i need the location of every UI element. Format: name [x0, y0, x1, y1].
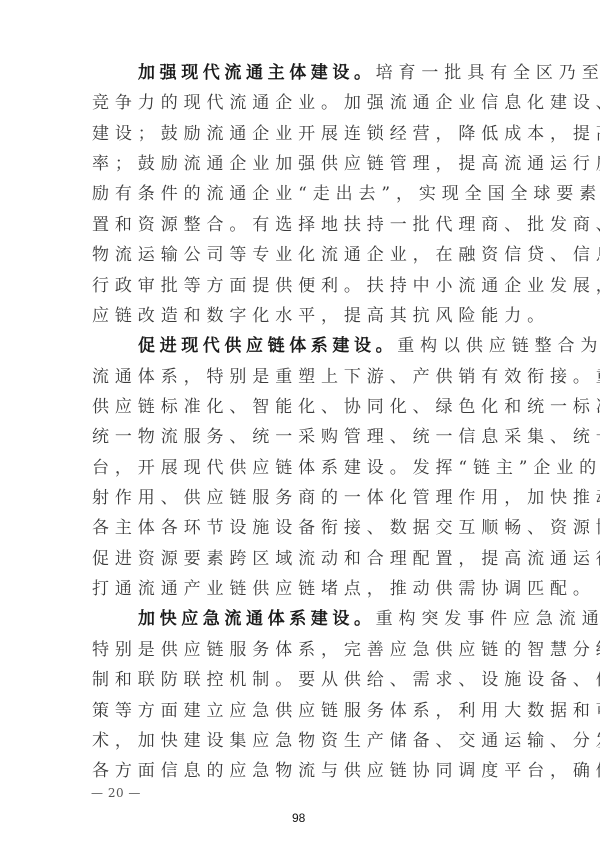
- text-line: 率；鼓励流通企业加强供应链管理，提高流通运行质量；鼓: [92, 149, 516, 179]
- text-line: 各方面信息的应急物流与供应链协同调度平台，确保应急资: [92, 756, 516, 786]
- body-text: 加强现代流通主体建设。培育一批具有全区乃至全国性 竞争力的现代流通企业。加强流通…: [92, 58, 516, 787]
- text-line: 建设；鼓励流通企业开展连锁经营，降低成本，提高流通效: [92, 119, 516, 149]
- text-line: 励有条件的流通企业“走出去”，实现全国全球要素优化配: [92, 179, 516, 209]
- text-line: 打通流通产业链供应链堵点，推动供需协调匹配。: [92, 574, 516, 604]
- scan-page-number: 98: [292, 811, 305, 825]
- text-line: 术，加快建设集应急物资生产储备、交通运输、分发配送等: [92, 726, 516, 756]
- paragraph-3-text: 重构突发事件应急流通体系，: [376, 609, 600, 629]
- text-line: 制和联防联控机制。要从供给、需求、设施设备、信息、政: [92, 665, 516, 695]
- paragraph-1-text: 培育一批具有全区乃至全国性: [376, 63, 600, 83]
- paragraph-2-heading: 促进现代供应链体系建设。: [138, 336, 397, 356]
- paragraph-2-line-1: 促进现代供应链体系建设。重构以供应链整合为核心的: [92, 331, 516, 361]
- paragraph-2-text: 重构以供应链整合为核心的: [397, 336, 600, 356]
- paragraph-3-heading: 加快应急流通体系建设。: [138, 609, 376, 629]
- footer-page-number: — 20 —: [91, 786, 141, 800]
- text-line: 策等方面建立应急供应链服务体系，利用大数据和可视化技: [92, 696, 516, 726]
- document-page: 加强现代流通主体建设。培育一批具有全区乃至全国性 竞争力的现代流通企业。加强流通…: [0, 0, 600, 848]
- text-line: 统一物流服务、统一采购管理、统一信息采集、统一系统平: [92, 422, 516, 452]
- text-line: 置和资源整合。有选择地扶持一批代理商、批发商、零售商、: [92, 210, 516, 240]
- text-line: 射作用、供应链服务商的一体化管理作用，加快推动供应链: [92, 483, 516, 513]
- text-line: 供应链标准化、智能化、协同化、绿色化和统一标准体系、: [92, 392, 516, 422]
- text-line: 物流运输公司等专业化流通企业，在融资信贷、信息披露、: [92, 240, 516, 270]
- text-line: 各主体各环节设施设备衔接、数据交互顺畅、资源协同共享，: [92, 513, 516, 543]
- paragraph-3-line-1: 加快应急流通体系建设。重构突发事件应急流通体系，: [92, 604, 516, 634]
- text-line: 流通体系，特别是重塑上下游、产供销有效衔接。重点围绕: [92, 362, 516, 392]
- paragraph-1-heading: 加强现代流通主体建设。: [138, 63, 376, 83]
- text-line: 应链改造和数字化水平，提高其抗风险能力。: [92, 301, 516, 331]
- text-line: 行政审批等方面提供便利。扶持中小流通企业发展，推进供: [92, 271, 516, 301]
- text-line: 促进资源要素跨区域流动和合理配置，提高流通运行效率，: [92, 544, 516, 574]
- text-line: 台，开展现代供应链体系建设。发挥“链主”企业的引导辐: [92, 453, 516, 483]
- paragraph-1-line-1: 加强现代流通主体建设。培育一批具有全区乃至全国性: [92, 58, 516, 88]
- text-line: 特别是供应链服务体系，完善应急供应链的智慧分级响应机: [92, 635, 516, 665]
- text-line: 竞争力的现代流通企业。加强流通企业信息化建设、品牌化: [92, 88, 516, 118]
